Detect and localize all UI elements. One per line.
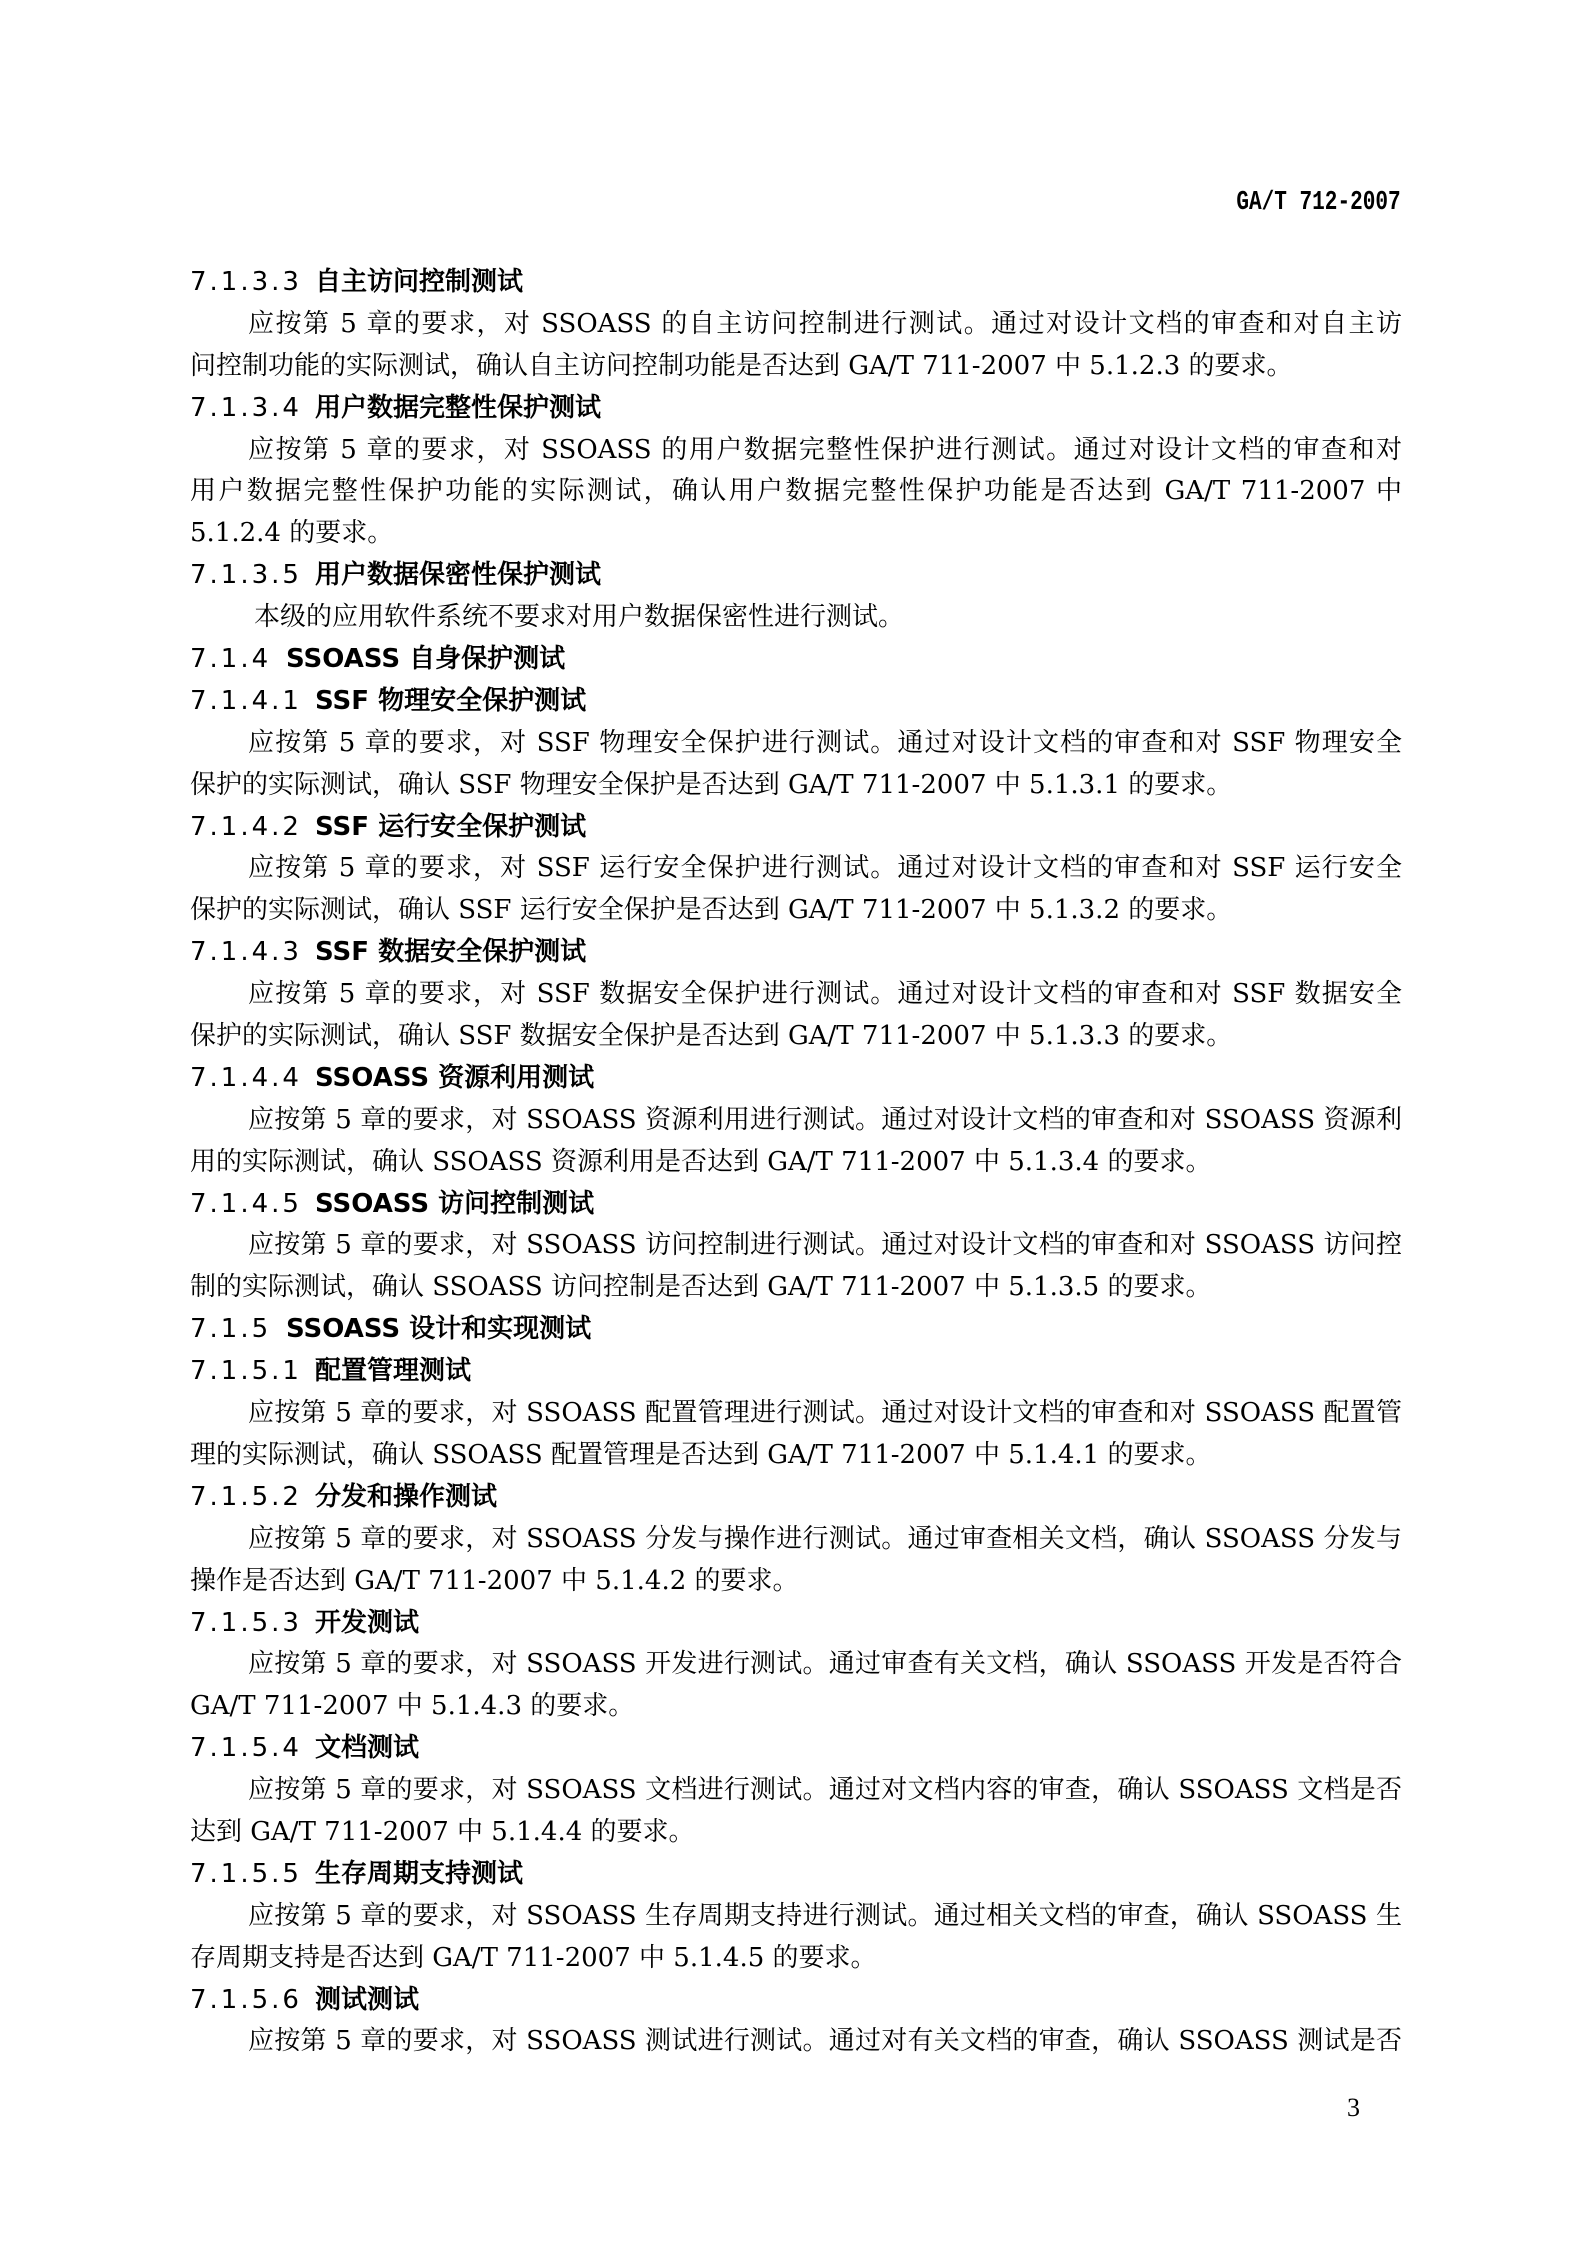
section-number: 7.1.4.4 xyxy=(190,1058,315,1100)
section-title: 自主访问控制测试 xyxy=(315,267,523,297)
section-paragraph: 应按第 5 章的要求，对 SSF 数据安全保护进行测试。通过对设计文档的审查和对… xyxy=(190,974,1402,1058)
paragraph-line: 应按第 5 章的要求，对 SSOASS 的用户数据完整性保护进行测试。通过对设计… xyxy=(190,430,1402,472)
section-heading: 7.1.5.2分发和操作测试 xyxy=(190,1477,1402,1519)
paragraph-line: 应按第 5 章的要求，对 SSOASS 文档进行测试。通过对文档内容的审查，确认… xyxy=(190,1770,1402,1812)
section-title: 用户数据保密性保护测试 xyxy=(315,560,601,590)
paragraph-line: 应按第 5 章的要求，对 SSF 物理安全保护进行测试。通过对设计文档的审查和对… xyxy=(190,723,1402,765)
section-paragraph: 应按第 5 章的要求，对 SSOASS 资源利用进行测试。通过对设计文档的审查和… xyxy=(190,1100,1402,1184)
paragraph-line: 制的实际测试，确认 SSOASS 访问控制是否达到 GA/T 711-2007 … xyxy=(190,1267,1402,1309)
section-heading: 7.1.5.6测试测试 xyxy=(190,1980,1402,2022)
section-title: 文档测试 xyxy=(315,1733,419,1763)
paragraph-line: 应按第 5 章的要求，对 SSF 数据安全保护进行测试。通过对设计文档的审查和对… xyxy=(190,974,1402,1016)
paragraph-line: 用户数据完整性保护功能的实际测试，确认用户数据完整性保护功能是否达到 GA/T … xyxy=(190,471,1402,513)
section-paragraph: 应按第 5 章的要求，对 SSOASS 生存周期支持进行测试。通过相关文档的审查… xyxy=(190,1896,1402,1980)
paragraph-line: 应按第 5 章的要求，对 SSOASS 测试进行测试。通过对有关文档的审查，确认… xyxy=(190,2021,1402,2063)
section-title: 生存周期支持测试 xyxy=(315,1859,523,1889)
section-title: SSF 数据安全保护测试 xyxy=(315,937,586,967)
section-number: 7.1.5.5 xyxy=(190,1854,315,1896)
section-paragraph: 应按第 5 章的要求，对 SSOASS 文档进行测试。通过对文档内容的审查，确认… xyxy=(190,1770,1402,1854)
paragraph-line: 应按第 5 章的要求，对 SSOASS 访问控制进行测试。通过对设计文档的审查和… xyxy=(190,1225,1402,1267)
section-number: 7.1.5 xyxy=(190,1309,286,1351)
section-title: 配置管理测试 xyxy=(315,1356,471,1386)
paragraph-line: 用的实际测试，确认 SSOASS 资源利用是否达到 GA/T 711-2007 … xyxy=(190,1142,1402,1184)
section-number: 7.1.5.6 xyxy=(190,1980,315,2022)
section-title: SSOASS 自身保护测试 xyxy=(286,644,565,674)
paragraph-line: 保护的实际测试，确认 SSF 运行安全保护是否达到 GA/T 711-2007 … xyxy=(190,890,1402,932)
paragraph-line: 达到 GA/T 711-2007 中 5.1.4.4 的要求。 xyxy=(190,1812,1402,1854)
section-number: 7.1.4 xyxy=(190,639,286,681)
section-number: 7.1.5.2 xyxy=(190,1477,315,1519)
section-heading: 7.1.5.5生存周期支持测试 xyxy=(190,1854,1402,1896)
section-number: 7.1.5.4 xyxy=(190,1728,315,1770)
section-title: SSOASS 设计和实现测试 xyxy=(286,1314,591,1344)
section-title: 开发测试 xyxy=(315,1608,419,1638)
section-number: 7.1.4.2 xyxy=(190,807,315,849)
section-heading: 7.1.3.3自主访问控制测试 xyxy=(190,262,1402,304)
section-title: SSOASS 资源利用测试 xyxy=(315,1063,594,1093)
section-number: 7.1.5.1 xyxy=(190,1351,315,1393)
section-paragraph: 应按第 5 章的要求，对 SSOASS 开发进行测试。通过审查有关文档，确认 S… xyxy=(190,1644,1402,1728)
section-paragraph: 应按第 5 章的要求，对 SSOASS 配置管理进行测试。通过对设计文档的审查和… xyxy=(190,1393,1402,1477)
section-number: 7.1.4.3 xyxy=(190,932,315,974)
section-title: 分发和操作测试 xyxy=(315,1482,497,1512)
section-title: 测试测试 xyxy=(315,1985,419,2015)
paragraph-line: GA/T 711-2007 中 5.1.4.3 的要求。 xyxy=(190,1686,1402,1728)
paragraph-line: 5.1.2.4 的要求。 xyxy=(190,513,1402,555)
section-paragraph: 应按第 5 章的要求，对 SSOASS 分发与操作进行测试。通过审查相关文档，确… xyxy=(190,1519,1402,1603)
paragraph-line: 问控制功能的实际测试，确认自主访问控制功能是否达到 GA/T 711-2007 … xyxy=(190,346,1402,388)
section-paragraph: 应按第 5 章的要求，对 SSF 运行安全保护进行测试。通过对设计文档的审查和对… xyxy=(190,848,1402,932)
paragraph-line: 应按第 5 章的要求，对 SSOASS 配置管理进行测试。通过对设计文档的审查和… xyxy=(190,1393,1402,1435)
section-number: 7.1.4.5 xyxy=(190,1184,315,1226)
paragraph-line: 本级的应用软件系统不要求对用户数据保密性进行测试。 xyxy=(190,597,1402,639)
section-paragraph: 本级的应用软件系统不要求对用户数据保密性进行测试。 xyxy=(190,597,1402,639)
section-heading: 7.1.4.1SSF 物理安全保护测试 xyxy=(190,681,1402,723)
section-number: 7.1.4.1 xyxy=(190,681,315,723)
section-heading: 7.1.4SSOASS 自身保护测试 xyxy=(190,639,1402,681)
paragraph-line: 应按第 5 章的要求，对 SSOASS 分发与操作进行测试。通过审查相关文档，确… xyxy=(190,1519,1402,1561)
paragraph-line: 理的实际测试，确认 SSOASS 配置管理是否达到 GA/T 711-2007 … xyxy=(190,1435,1402,1477)
section-title: 用户数据完整性保护测试 xyxy=(315,393,601,423)
section-paragraph: 应按第 5 章的要求，对 SSOASS 的用户数据完整性保护进行测试。通过对设计… xyxy=(190,430,1402,556)
section-heading: 7.1.4.2SSF 运行安全保护测试 xyxy=(190,807,1402,849)
section-number: 7.1.3.4 xyxy=(190,388,315,430)
paragraph-line: 应按第 5 章的要求，对 SSOASS 的自主访问控制进行测试。通过对设计文档的… xyxy=(190,304,1402,346)
section-heading: 7.1.5SSOASS 设计和实现测试 xyxy=(190,1309,1402,1351)
document-page: GA/T 712-2007 7.1.3.3自主访问控制测试应按第 5 章的要求，… xyxy=(0,0,1587,2245)
section-heading: 7.1.3.5用户数据保密性保护测试 xyxy=(190,555,1402,597)
section-number: 7.1.3.3 xyxy=(190,262,315,304)
section-number: 7.1.5.3 xyxy=(190,1603,315,1645)
section-paragraph: 应按第 5 章的要求，对 SSOASS 的自主访问控制进行测试。通过对设计文档的… xyxy=(190,304,1402,388)
paragraph-line: 应按第 5 章的要求，对 SSOASS 资源利用进行测试。通过对设计文档的审查和… xyxy=(190,1100,1402,1142)
paragraph-line: 应按第 5 章的要求，对 SSOASS 开发进行测试。通过审查有关文档，确认 S… xyxy=(190,1644,1402,1686)
section-title: SSF 物理安全保护测试 xyxy=(315,686,586,716)
standard-number-header: GA/T 712-2007 xyxy=(1237,188,1401,218)
section-heading: 7.1.4.5SSOASS 访问控制测试 xyxy=(190,1184,1402,1226)
document-body: 7.1.3.3自主访问控制测试应按第 5 章的要求，对 SSOASS 的自主访问… xyxy=(190,262,1402,2063)
paragraph-line: 保护的实际测试，确认 SSF 数据安全保护是否达到 GA/T 711-2007 … xyxy=(190,1016,1402,1058)
section-paragraph: 应按第 5 章的要求，对 SSF 物理安全保护进行测试。通过对设计文档的审查和对… xyxy=(190,723,1402,807)
paragraph-line: 应按第 5 章的要求，对 SSOASS 生存周期支持进行测试。通过相关文档的审查… xyxy=(190,1896,1402,1938)
section-title: SSOASS 访问控制测试 xyxy=(315,1189,594,1219)
section-paragraph: 应按第 5 章的要求，对 SSOASS 测试进行测试。通过对有关文档的审查，确认… xyxy=(190,2021,1402,2063)
paragraph-line: 保护的实际测试，确认 SSF 物理安全保护是否达到 GA/T 711-2007 … xyxy=(190,765,1402,807)
paragraph-line: 存周期支持是否达到 GA/T 711-2007 中 5.1.4.5 的要求。 xyxy=(190,1938,1402,1980)
section-number: 7.1.3.5 xyxy=(190,555,315,597)
section-heading: 7.1.3.4用户数据完整性保护测试 xyxy=(190,388,1402,430)
section-paragraph: 应按第 5 章的要求，对 SSOASS 访问控制进行测试。通过对设计文档的审查和… xyxy=(190,1225,1402,1309)
section-title: SSF 运行安全保护测试 xyxy=(315,812,586,842)
paragraph-line: 应按第 5 章的要求，对 SSF 运行安全保护进行测试。通过对设计文档的审查和对… xyxy=(190,848,1402,890)
section-heading: 7.1.5.4文档测试 xyxy=(190,1728,1402,1770)
section-heading: 7.1.4.4SSOASS 资源利用测试 xyxy=(190,1058,1402,1100)
section-heading: 7.1.5.3开发测试 xyxy=(190,1603,1402,1645)
section-heading: 7.1.4.3SSF 数据安全保护测试 xyxy=(190,932,1402,974)
paragraph-line: 操作是否达到 GA/T 711-2007 中 5.1.4.2 的要求。 xyxy=(190,1561,1402,1603)
section-heading: 7.1.5.1配置管理测试 xyxy=(190,1351,1402,1393)
page-number: 3 xyxy=(1347,2093,1360,2123)
